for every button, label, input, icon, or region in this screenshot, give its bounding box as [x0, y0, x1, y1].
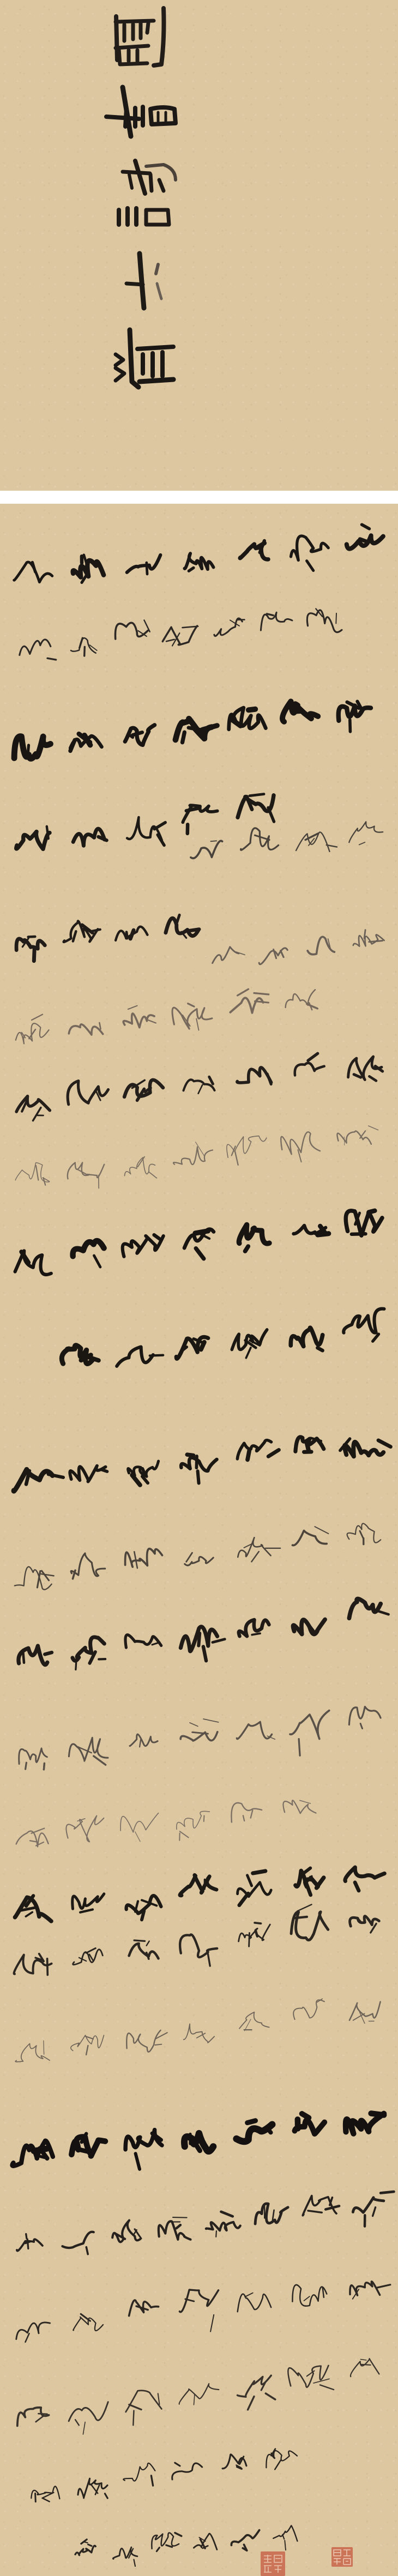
cursive-row	[16, 2282, 390, 2342]
cursive-row	[14, 1437, 390, 1491]
seal-stamp-left	[261, 2551, 285, 2576]
title-glyph-5	[116, 330, 173, 387]
cursive-row	[16, 794, 274, 849]
cursive-row	[15, 1126, 378, 1189]
cursive-row	[17, 2192, 394, 2254]
title-calligraphy	[0, 0, 398, 491]
cursive-row	[16, 1053, 382, 1120]
cursive-row	[16, 915, 199, 961]
cursive-row	[15, 1211, 382, 1275]
seal-stamp-right	[331, 2547, 353, 2567]
cursive-row	[16, 989, 318, 1043]
title-panel: seal/clerical script title column	[0, 0, 398, 491]
title-glyph-2	[106, 87, 176, 136]
cursive-row	[62, 1309, 384, 1366]
cursive-row	[14, 524, 383, 582]
cursive-row	[213, 930, 384, 964]
cursive-row	[15, 1523, 381, 1589]
cursive-row	[31, 2449, 297, 2502]
body-panel: wild cursive script (kuangcao)	[0, 504, 398, 2576]
cursive-row	[20, 609, 342, 660]
cursive-row	[19, 1599, 389, 1670]
cursive-row	[14, 1904, 379, 1975]
cursive-row	[19, 1706, 381, 1769]
cursive-row	[15, 1867, 384, 1921]
cursive-row	[12, 2114, 384, 2169]
seal-left-glyphs	[261, 2551, 285, 2576]
cursive-row	[191, 822, 383, 858]
cursive-row	[15, 1999, 380, 2062]
title-glyph-1	[116, 8, 164, 65]
body-calligraphy	[0, 504, 398, 2576]
cursive-row	[14, 702, 371, 759]
cursive-row	[16, 1800, 316, 1847]
title-glyph-4	[126, 254, 161, 308]
seal-right-glyphs	[331, 2547, 353, 2567]
panel-gap	[0, 491, 398, 504]
title-glyph-3	[119, 161, 176, 225]
cursive-row	[17, 2358, 379, 2434]
